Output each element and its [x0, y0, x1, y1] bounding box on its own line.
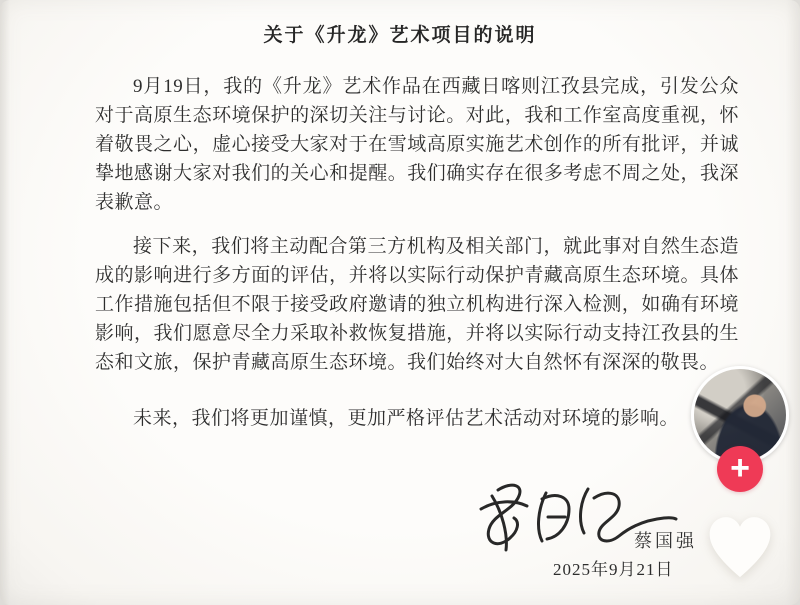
text-line: 未来，我们将更加谨慎，更加严格评估艺术活动对环境的影响。: [95, 404, 739, 433]
text-line: 9月19日，我的《升龙》艺术作品在西藏日喀则江孜县完成，引发公众: [95, 72, 739, 101]
text-line: 对于高原生态环境保护的深切关注与讨论。对此，我和工作室高度重视，怀: [95, 101, 739, 130]
plus-icon: +: [730, 451, 750, 485]
text-line: 工作措施包括但不限于接受政府邀请的独立机构进行深入检测，如确有环境: [95, 290, 739, 319]
text-line: 表歉意。: [95, 188, 739, 217]
statement-body: 9月19日，我的《升龙》艺术作品在西藏日喀则江孜县完成，引发公众对于高原生态环境…: [95, 72, 739, 433]
follow-plus-button[interactable]: +: [717, 446, 763, 492]
heart-shape: [710, 517, 771, 577]
text-line: 挚地感谢大家对我们的关心和提醒。我们确实存在很多考虑不周之处，我深: [95, 159, 739, 188]
page-title: 关于《升龙》艺术项目的说明: [0, 20, 800, 47]
statement-page: 关于《升龙》艺术项目的说明 9月19日，我的《升龙》艺术作品在西藏日喀则江孜县完…: [0, 0, 800, 605]
text-line: 着敬畏之心，虚心接受大家对于在雪域高原实施艺术创作的所有批评，并诚: [95, 130, 739, 159]
text-line: 成的影响进行多方面的评估，并将以实际行动保护青藏高原生态环境。具体: [95, 261, 739, 290]
signature-date: 2025年9月21日: [553, 555, 674, 580]
text-line: 接下来，我们将主动配合第三方机构及相关部门，就此事对自然生态造: [95, 232, 739, 261]
text-line: 影响，我们愿意尽全力采取补救恢复措施，并将以实际行动支持江孜县的生: [95, 319, 739, 348]
like-heart-icon[interactable]: [703, 512, 777, 586]
paragraph: 未来，我们将更加谨慎，更加严格评估艺术活动对环境的影响。: [95, 404, 739, 433]
paragraph: 接下来，我们将主动配合第三方机构及相关部门，就此事对自然生态造成的影响进行多方面…: [95, 232, 739, 377]
text-line: 态和文旅，保护青藏高原生态环境。我们始终对大自然怀有深深的敬畏。: [95, 348, 739, 377]
signer-name: 蔡国强: [634, 527, 697, 553]
paragraph: 9月19日，我的《升龙》艺术作品在西藏日喀则江孜县完成，引发公众对于高原生态环境…: [95, 72, 739, 217]
